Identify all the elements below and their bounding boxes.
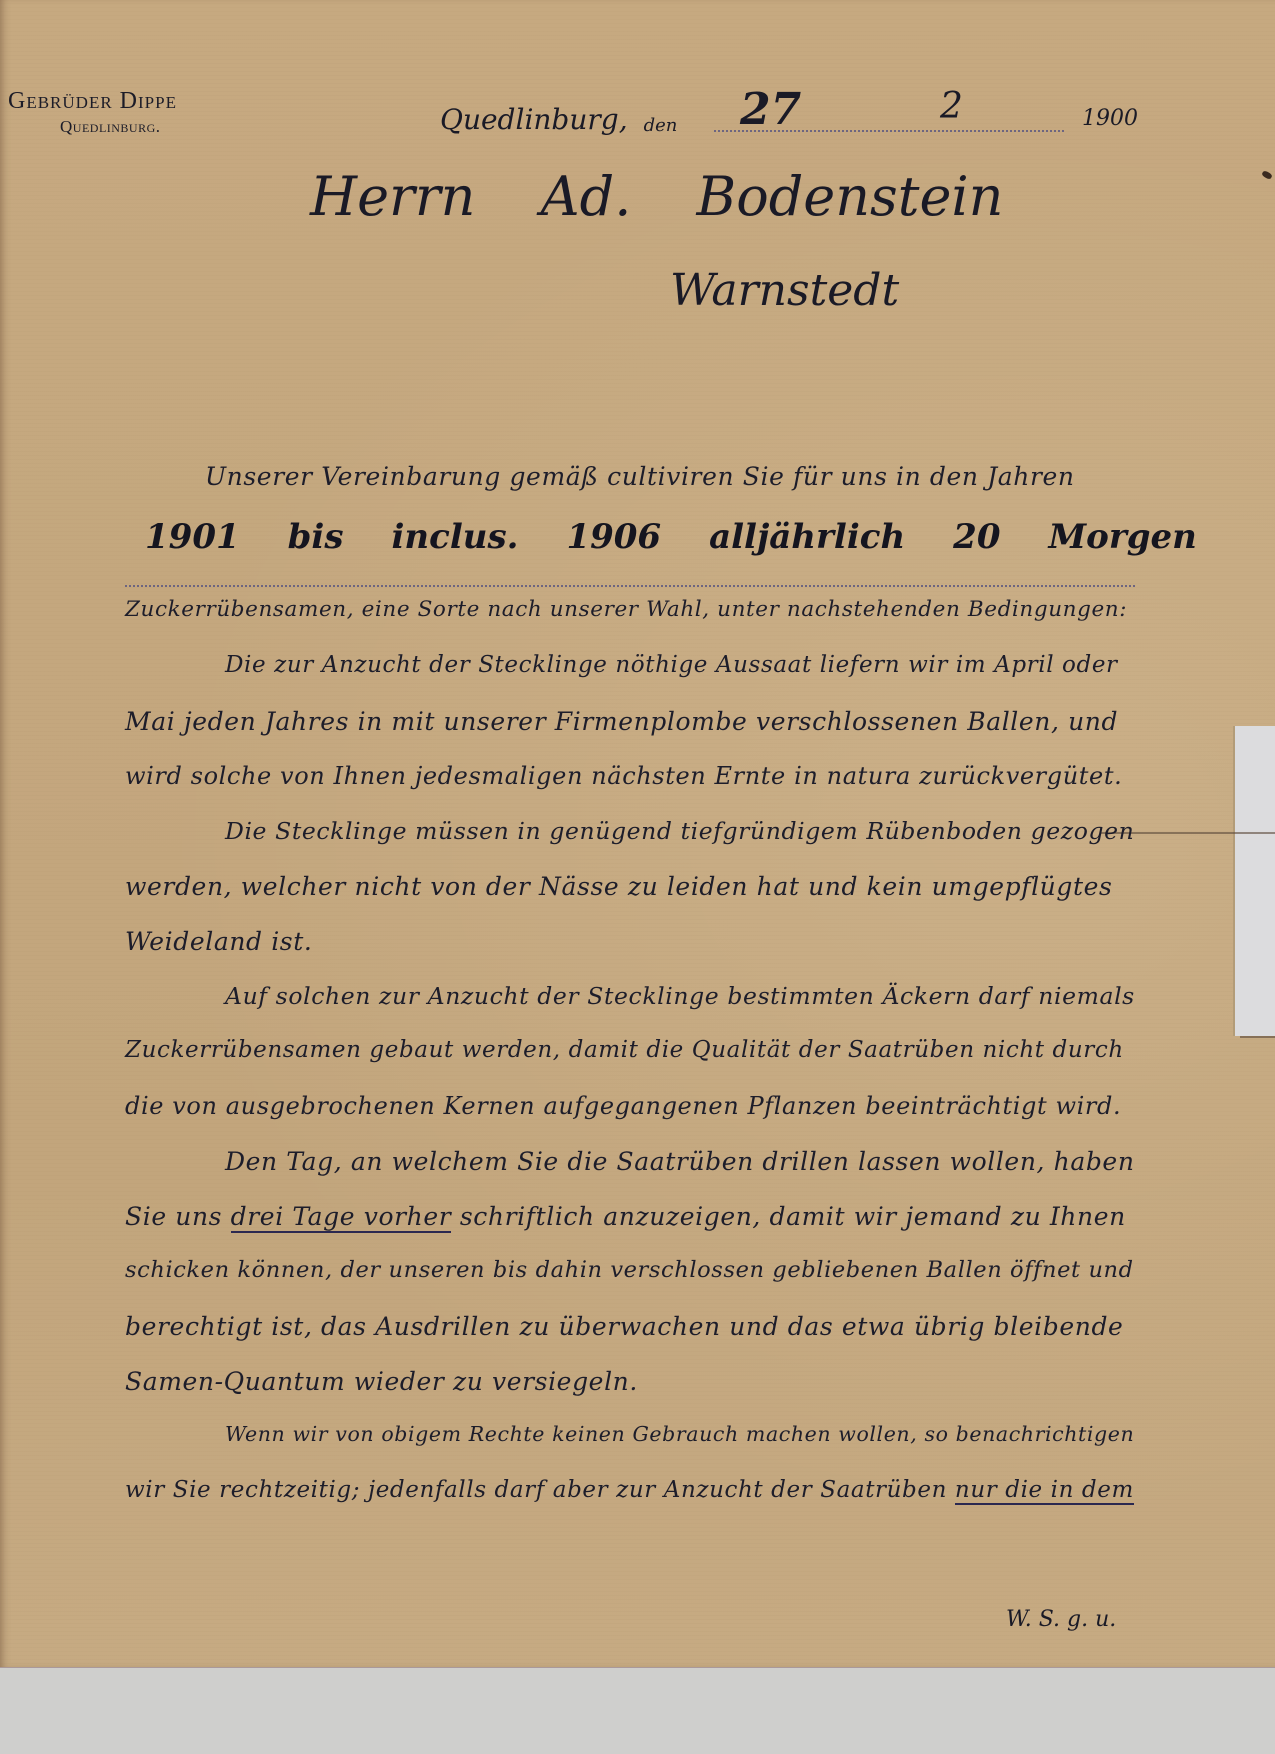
body-line: schicken können, der unseren bis dahin v… [125, 1257, 1135, 1312]
body-line: wir Sie rechtzeitig; jedenfalls darf abe… [125, 1477, 1134, 1532]
body-line: Die zur Anzucht der Stecklinge nöthige A… [125, 652, 1135, 707]
body-line: Wenn wir von obigem Rechte keinen Gebrau… [125, 1422, 1135, 1477]
amount: 20 [953, 517, 1000, 585]
underlined-phrase: nur die in dem [955, 1477, 1134, 1505]
turn-over-mark: W. S. g. u. [1006, 1607, 1116, 1632]
date-month: 2 [940, 86, 963, 127]
handwritten-terms: 1901 bis inclus. 1906 alljährlich 20 Mor… [125, 517, 1135, 587]
body-line: Zuckerrübensamen, eine Sorte nach unsere… [125, 597, 1135, 652]
addressee-last-name: Bodenstein [697, 165, 1004, 228]
addressee-first-name: Ad. [541, 165, 632, 228]
body-line: Die Stecklinge müssen in genügend tiefgr… [125, 817, 1135, 872]
body-line: Den Tag, an welchem Sie die Saatrüben dr… [125, 1147, 1135, 1202]
underlined-phrase: drei Tage vorher [231, 1202, 452, 1233]
body-line: Weideland ist. [125, 927, 1135, 982]
dateline: Quedlinburg, den 27 2 1900 [440, 92, 1080, 136]
body-line: Mai jeden Jahres in mit unserer Firmenpl… [125, 707, 1135, 762]
letter-body: Unserer Vereinbarung gemäß cultiviren Si… [125, 462, 1135, 1532]
addressee: Herrn Ad. Bodenstein [310, 165, 1051, 228]
dateline-den: den [644, 115, 678, 136]
years-to: 1906 [566, 517, 661, 585]
firm-city: Quedlinburg. [60, 117, 177, 137]
scanner-background [0, 1667, 1275, 1754]
body-line: wird solche von Ihnen jedesmaligen nächs… [125, 762, 1135, 817]
body-intro: Unserer Vereinbarung gemäß cultiviren Si… [125, 462, 1135, 517]
date-year: 1900 [1082, 106, 1138, 131]
letterhead: Gebrüder Dippe Quedlinburg. [8, 88, 177, 137]
body-line: werden, welcher nicht von der Nässe zu l… [125, 872, 1135, 927]
body-line: Samen-Quantum wieder zu versiegeln. [125, 1367, 1135, 1422]
years-from: 1901 [145, 517, 240, 585]
body-line: berechtigt ist, das Ausdrillen zu überwa… [125, 1312, 1135, 1367]
unit: Morgen [1049, 517, 1197, 585]
body-line: die von ausgebrochenen Kernen aufgegange… [125, 1092, 1135, 1147]
firm-name: Gebrüder Dippe [8, 88, 177, 115]
addressee-place: Warnstedt [670, 265, 899, 316]
annually: alljährlich [709, 517, 905, 585]
body-line: Auf solchen zur Anzucht der Stecklinge b… [125, 982, 1135, 1037]
body-line-underlined: wir Sie rechtzeitig; jedenfalls darf abe… [125, 1477, 1135, 1532]
inclusive: inclus. [391, 517, 518, 585]
body-line-underlined: Sie uns drei Tage vorher schriftlich anz… [125, 1202, 1135, 1257]
date-day: 27 [740, 84, 801, 135]
fold-crease [1240, 1036, 1275, 1038]
paper-tear [1233, 726, 1275, 1036]
body-line: Sie uns drei Tage vorher schriftlich anz… [125, 1202, 1126, 1257]
body-line: Zuckerrübensamen gebaut werden, damit di… [125, 1037, 1135, 1092]
dateline-place: Quedlinburg, [440, 103, 628, 136]
bis: bis [288, 517, 344, 585]
salutation: Herrn [310, 165, 475, 228]
